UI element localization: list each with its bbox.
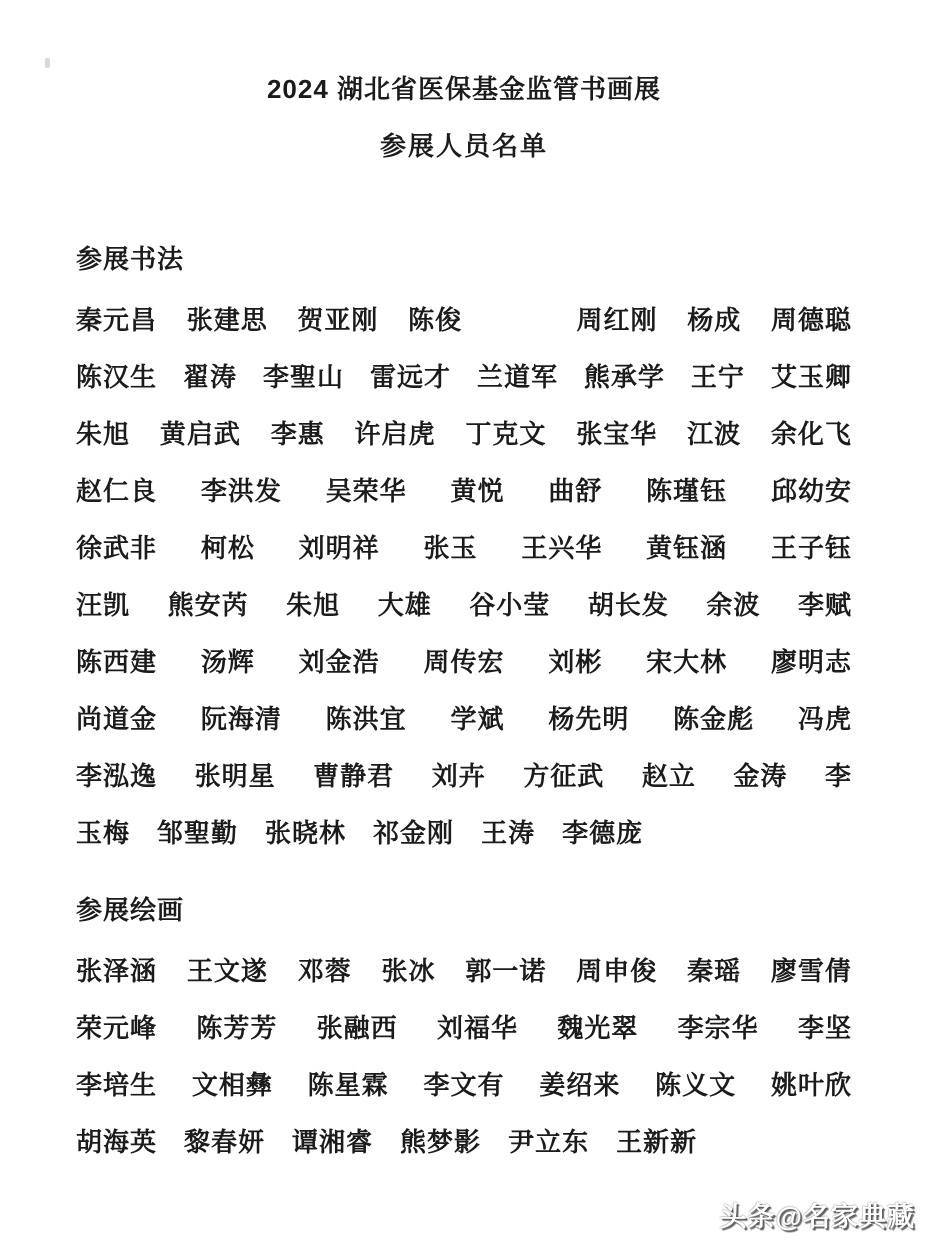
participant-name: 柯松 xyxy=(201,534,255,562)
participant-name: 黄悦 xyxy=(450,477,504,505)
participant-name: 冯虎 xyxy=(798,705,852,733)
participant-list: 参展书法秦元昌张建思贺亚刚陈俊周红刚杨成周德聪陈汉生翟涛李聖山雷远才兰道军熊承学… xyxy=(76,160,852,1185)
participant-name: 胡海英 xyxy=(76,1128,157,1156)
participant-name: 汤辉 xyxy=(201,648,255,676)
name-row: 陈西建汤辉刘金浩周传宏刘彬宋大林廖明志 xyxy=(76,648,852,676)
participant-name: 贺亚刚 xyxy=(297,306,378,334)
participant-name: 熊梦影 xyxy=(400,1128,481,1156)
row-gap-spacer xyxy=(492,328,547,329)
participant-name: 刘彬 xyxy=(548,648,602,676)
participant-name: 刘卉 xyxy=(432,762,486,790)
participant-name: 汪凯 xyxy=(76,591,130,619)
participant-name: 张玉 xyxy=(423,534,477,562)
page-title: 2024 湖北省医保基金监管书画展 xyxy=(76,75,852,103)
participant-name: 阮海清 xyxy=(201,705,282,733)
participant-name: 荣元峰 xyxy=(76,1014,157,1042)
participant-name: 张晓林 xyxy=(265,819,346,847)
name-row: 陈汉生翟涛李聖山雷远才兰道军熊承学王宁艾玉卿 xyxy=(76,363,852,391)
participant-name: 熊承学 xyxy=(584,363,665,391)
participant-name: 祁金刚 xyxy=(373,819,454,847)
participant-name: 翟涛 xyxy=(183,363,237,391)
participant-name: 宋大林 xyxy=(646,648,727,676)
participant-name: 陈星霖 xyxy=(308,1071,389,1099)
participant-name: 秦元昌 xyxy=(76,306,157,334)
participant-name: 张泽涵 xyxy=(76,957,157,985)
participant-name: 王文遂 xyxy=(187,957,268,985)
participant-name: 赵立 xyxy=(642,762,696,790)
participant-name: 李赋 xyxy=(798,591,852,619)
participant-name: 周德聪 xyxy=(771,306,852,334)
participant-name: 杨成 xyxy=(687,306,741,334)
participant-name: 张融西 xyxy=(317,1014,398,1042)
participant-name: 王涛 xyxy=(481,819,535,847)
participant-name: 李文有 xyxy=(423,1071,504,1099)
participant-name: 刘金浩 xyxy=(299,648,380,676)
section-heading-calligraphy: 参展书法 xyxy=(76,245,852,273)
participant-name: 李泓逸 xyxy=(76,762,157,790)
name-row: 李培生文相彝陈星霖李文有姜绍来陈义文姚叶欣 xyxy=(76,1071,852,1099)
participant-name: 金涛 xyxy=(733,762,787,790)
participant-name: 王宁 xyxy=(691,363,745,391)
participant-name: 张建思 xyxy=(187,306,268,334)
participant-name: 陈芳芳 xyxy=(196,1014,277,1042)
name-row: 尚道金阮海清陈洪宜学斌杨先明陈金彪冯虎 xyxy=(76,705,852,733)
participant-name: 丁克文 xyxy=(465,420,546,448)
participant-name: 陈汉生 xyxy=(76,363,157,391)
participant-name: 赵仁良 xyxy=(76,477,157,505)
participant-name: 徐武非 xyxy=(76,534,157,562)
participant-name: 周传宏 xyxy=(423,648,504,676)
participant-name: 邓蓉 xyxy=(298,957,352,985)
participant-name: 黄钰涵 xyxy=(646,534,727,562)
participant-name: 李惠 xyxy=(271,420,325,448)
participant-name: 李宗华 xyxy=(678,1014,759,1042)
participant-name: 黄启武 xyxy=(160,420,241,448)
participant-name: 李聖山 xyxy=(263,363,344,391)
participant-name: 刘明祥 xyxy=(299,534,380,562)
name-row: 汪凯熊安芮朱旭大雄谷小莹胡长发余波李赋 xyxy=(76,591,852,619)
participant-name: 胡长发 xyxy=(588,591,669,619)
participant-name: 魏光翠 xyxy=(557,1014,638,1042)
participant-name: 余波 xyxy=(706,591,760,619)
participant-name: 谭湘睿 xyxy=(292,1128,373,1156)
participant-name: 李洪发 xyxy=(201,477,282,505)
participant-name: 郭一诺 xyxy=(465,957,546,985)
participant-name: 李培生 xyxy=(76,1071,157,1099)
participant-name: 陈俊 xyxy=(408,306,462,334)
participant-name: 熊安芮 xyxy=(168,591,249,619)
participant-name: 张明星 xyxy=(195,762,276,790)
participant-name: 黎春妍 xyxy=(184,1128,265,1156)
participant-name: 王子钰 xyxy=(771,534,852,562)
participant-name: 大雄 xyxy=(378,591,432,619)
participant-name: 文相彝 xyxy=(192,1071,273,1099)
participant-name: 廖明志 xyxy=(771,648,852,676)
participant-name: 廖雪倩 xyxy=(771,957,852,985)
participant-name: 王新新 xyxy=(616,1128,697,1156)
document-page: 2024 湖北省医保基金监管书画展 参展人员名单 参展书法秦元昌张建思贺亚刚陈俊… xyxy=(0,0,928,1245)
participant-name: 雷远才 xyxy=(370,363,451,391)
participant-name: 尹立东 xyxy=(508,1128,589,1156)
participant-name: 李德庞 xyxy=(562,819,643,847)
participant-name: 李坚 xyxy=(798,1014,852,1042)
name-row: 荣元峰陈芳芳张融西刘福华魏光翠李宗华李坚 xyxy=(76,1014,852,1042)
participant-name: 江波 xyxy=(687,420,741,448)
participant-name: 周红刚 xyxy=(577,306,658,334)
participant-name: 曹静君 xyxy=(313,762,394,790)
participant-name: 姜绍来 xyxy=(539,1071,620,1099)
participant-name: 朱旭 xyxy=(286,591,340,619)
participant-name: 艾玉卿 xyxy=(771,363,852,391)
name-row: 赵仁良李洪发吴荣华黄悦曲舒陈瑾钰邱幼安 xyxy=(76,477,852,505)
participant-name: 陈金彪 xyxy=(673,705,754,733)
toutiao-watermark: 头条@名家典藏 xyxy=(720,1195,915,1234)
participant-name: 张冰 xyxy=(382,957,436,985)
participant-name: 陈洪宜 xyxy=(326,705,407,733)
page-subtitle: 参展人员名单 xyxy=(76,132,852,160)
name-row: 张泽涵王文遂邓蓉张冰郭一诺周申俊秦瑶廖雪倩 xyxy=(76,957,852,985)
participant-name: 朱旭 xyxy=(76,420,130,448)
participant-name: 杨先明 xyxy=(548,705,629,733)
participant-name: 许启虎 xyxy=(355,420,436,448)
name-row: 徐武非柯松刘明祥张玉王兴华黄钰涵王子钰 xyxy=(76,534,852,562)
name-row: 朱旭黄启武李惠许启虎丁克文张宝华江波余化飞 xyxy=(76,420,852,448)
participant-name: 玉梅 xyxy=(76,819,130,847)
name-row: 李泓逸张明星曹静君刘卉方征武赵立金涛李 xyxy=(76,762,852,790)
section-heading-painting: 参展绘画 xyxy=(76,896,852,924)
participant-name: 兰道军 xyxy=(477,363,558,391)
participant-name: 谷小莹 xyxy=(469,591,550,619)
participant-name: 周申俊 xyxy=(576,957,657,985)
scan-artifact-smudge xyxy=(45,58,50,68)
participant-name: 方征武 xyxy=(523,762,604,790)
participant-name: 余化飞 xyxy=(771,420,852,448)
participant-name: 学斌 xyxy=(450,705,504,733)
participant-name: 秦瑶 xyxy=(687,957,741,985)
participant-name: 邹聖勤 xyxy=(157,819,238,847)
participant-name: 李 xyxy=(825,762,852,790)
participant-name: 张宝华 xyxy=(576,420,657,448)
participant-name: 尚道金 xyxy=(76,705,157,733)
participant-name: 刘福华 xyxy=(437,1014,518,1042)
participant-name: 陈瑾钰 xyxy=(646,477,727,505)
name-row: 玉梅邹聖勤张晓林祁金刚王涛李德庞 xyxy=(76,819,852,847)
participant-name: 邱幼安 xyxy=(771,477,852,505)
name-row: 胡海英黎春妍谭湘睿熊梦影尹立东王新新 xyxy=(76,1128,852,1156)
name-row: 秦元昌张建思贺亚刚陈俊周红刚杨成周德聪 xyxy=(76,306,852,334)
participant-name: 姚叶欣 xyxy=(771,1071,852,1099)
participant-name: 吴荣华 xyxy=(326,477,407,505)
participant-name: 王兴华 xyxy=(521,534,602,562)
participant-name: 陈义文 xyxy=(655,1071,736,1099)
participant-name: 陈西建 xyxy=(76,648,157,676)
participant-name: 曲舒 xyxy=(548,477,602,505)
